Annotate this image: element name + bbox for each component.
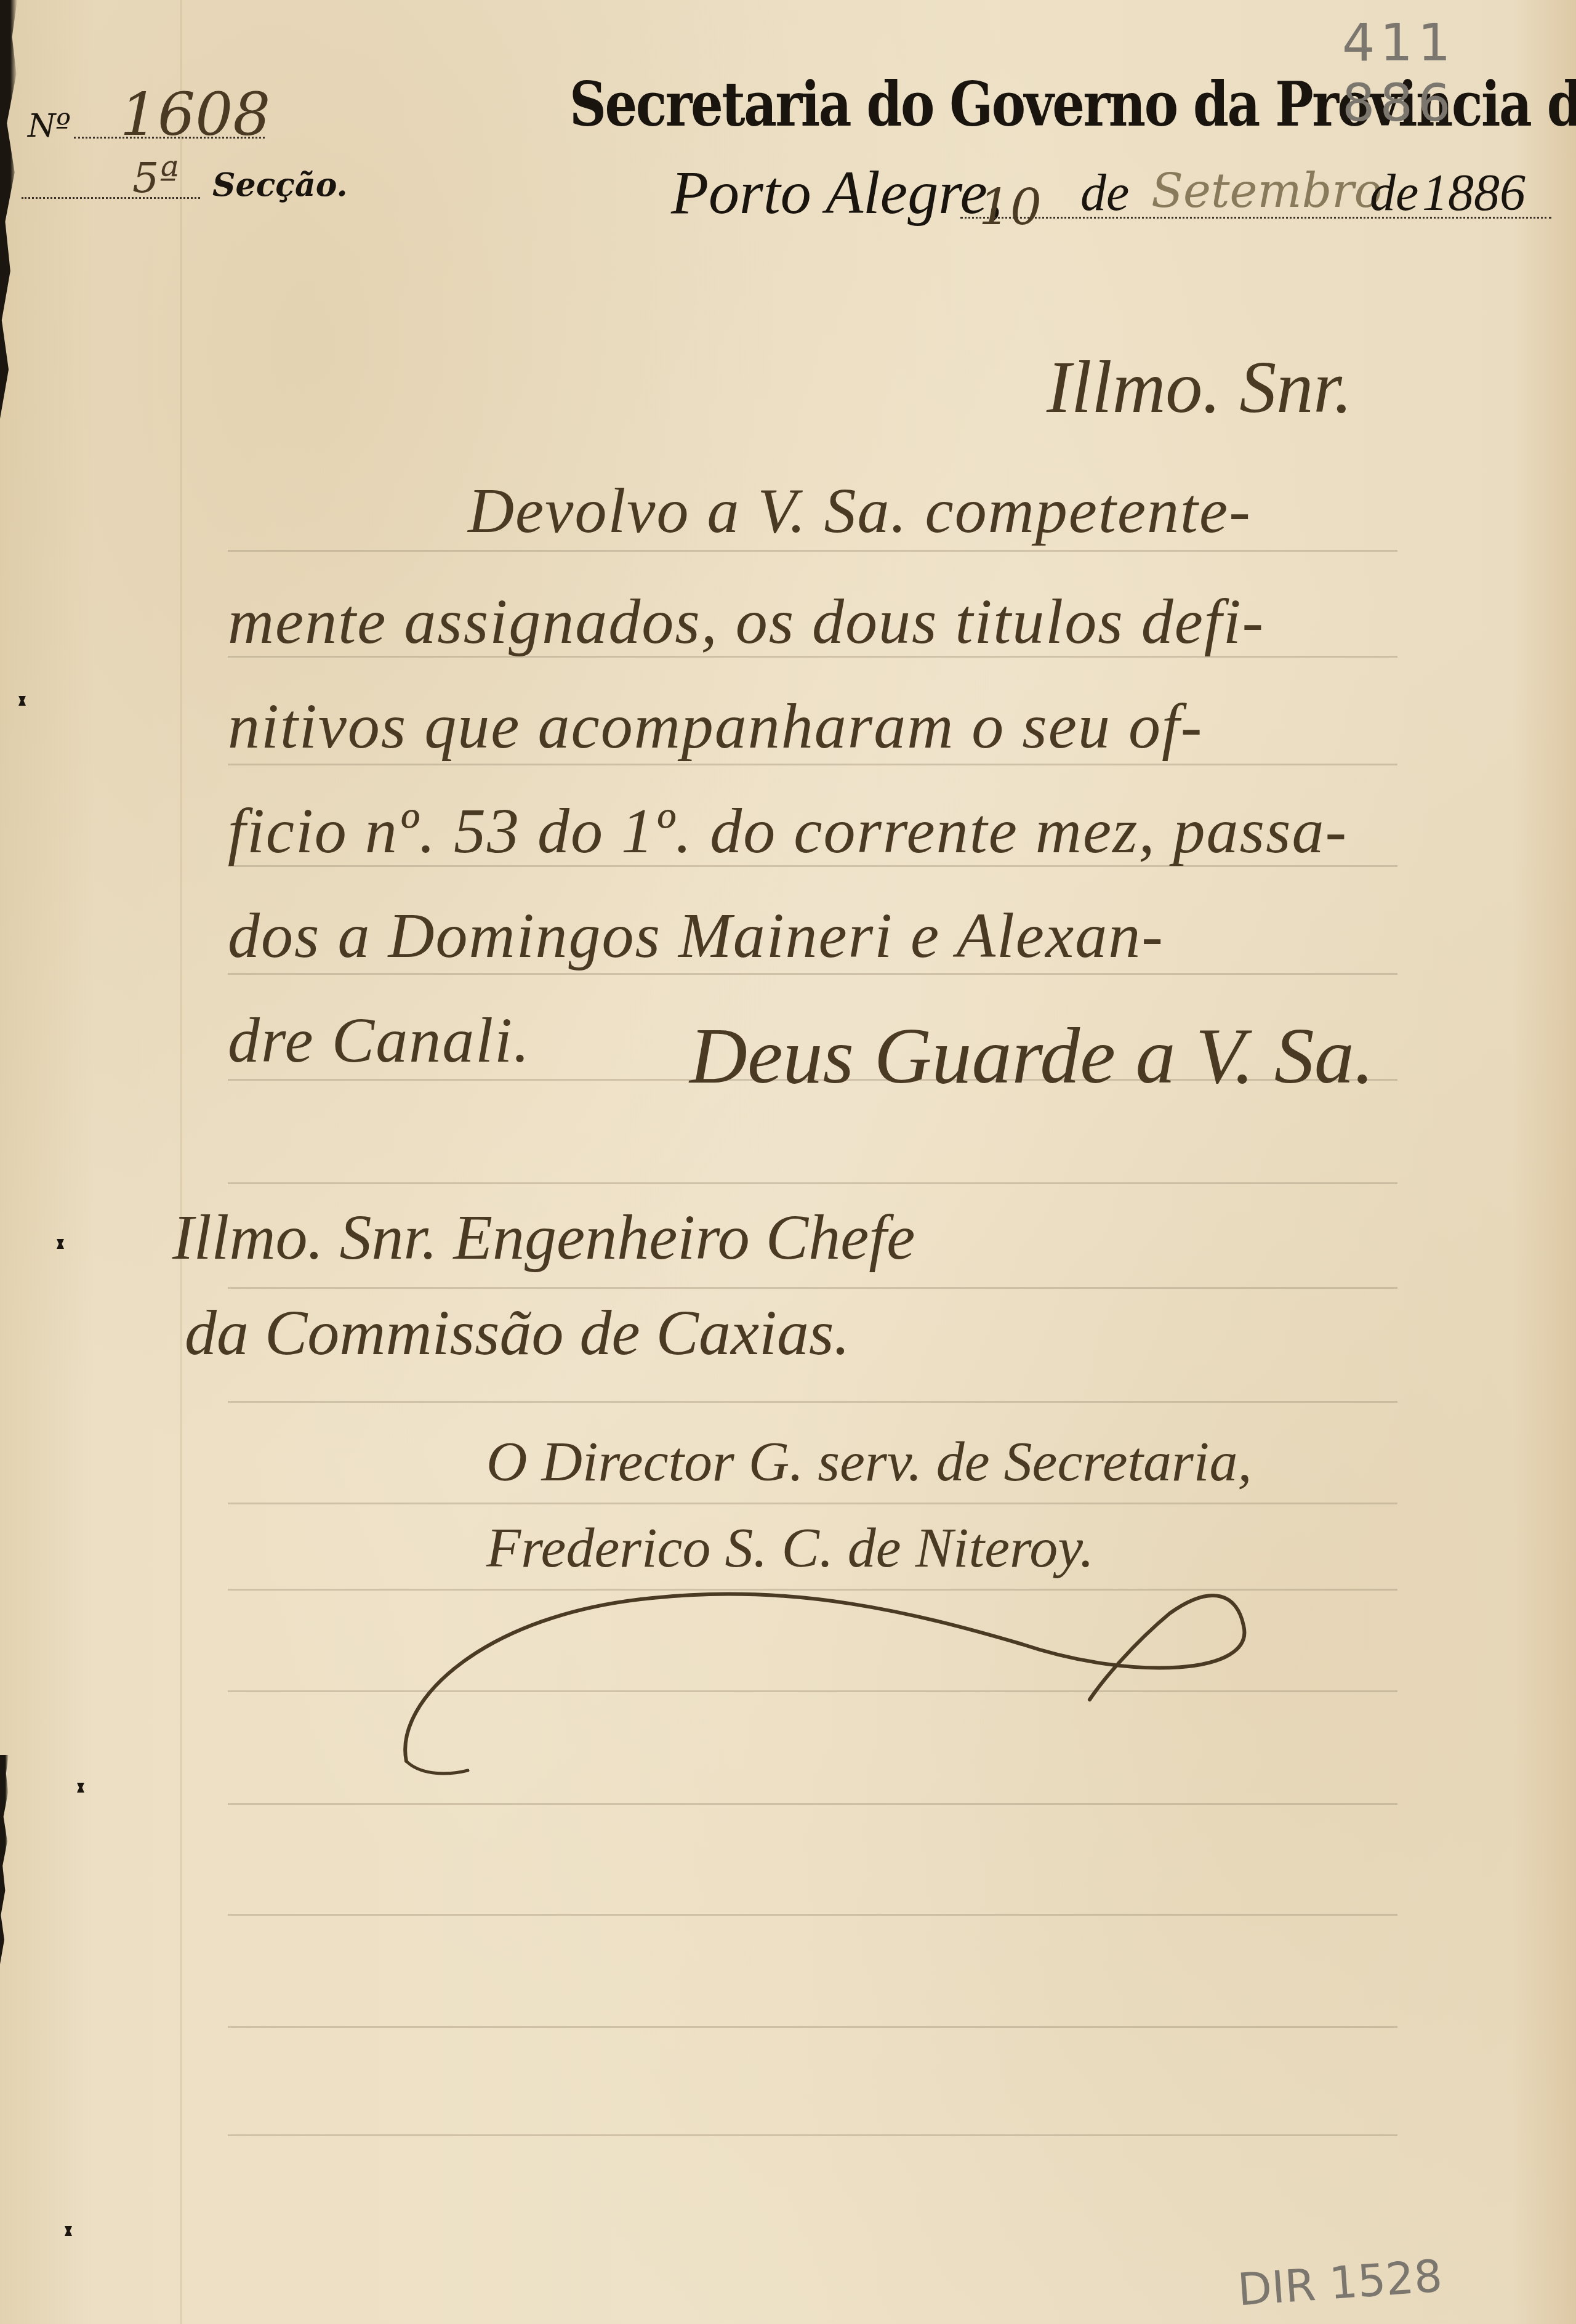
punch-hole: [77, 1783, 84, 1793]
archive-reference-top: 411 886: [1342, 12, 1576, 133]
section-label: Secção.: [212, 166, 348, 204]
salutation: Illmo. Snr.: [1047, 345, 1353, 430]
margin-fold: [180, 0, 182, 2324]
body-line: mente assignados, os dous titulos defi-: [228, 585, 1264, 658]
ruled-line: [228, 1914, 1397, 1916]
ruled-line: [228, 1182, 1397, 1184]
ruled-line: [228, 2134, 1397, 2136]
signature-flourish: [394, 1576, 1287, 1780]
letter-page: Nº 1608 5ª Secção. Secretaria do Governo…: [0, 0, 1576, 2324]
ruled-line: [228, 1803, 1397, 1805]
body-line: Devolvo a V. Sa. competente-: [468, 474, 1252, 547]
closing-formula: Deus Guarde a V. Sa.: [689, 1010, 1374, 1102]
ruled-line: [228, 550, 1397, 552]
body-line: dre Canali.: [228, 1004, 531, 1077]
body-line: ficio nº. 53 do 1º. do corrente mez, pas…: [228, 794, 1348, 868]
ruled-line: [228, 1401, 1397, 1403]
place-label: Porto Alegre,: [671, 157, 1003, 228]
punch-hole: [57, 1239, 64, 1249]
ruled-line: [228, 973, 1397, 975]
ruled-line: [228, 1287, 1397, 1289]
signature-line: O Director G. serv. de Secretaria,: [486, 1429, 1252, 1494]
section-number: 5ª: [132, 154, 179, 203]
ruled-line: [228, 1503, 1397, 1504]
torn-paper-edge-lower: [0, 1755, 9, 2063]
body-line: dos a Domingos Maineri e Alexan-: [228, 899, 1164, 972]
date-de-label: de: [1080, 163, 1129, 223]
number-label: Nº: [28, 108, 71, 145]
date-year: 1886: [1422, 163, 1526, 223]
archive-reference-bottom: DIR 1528: [1236, 2249, 1444, 2315]
punch-hole: [18, 696, 26, 706]
date-month: Setembro: [1151, 163, 1382, 218]
ruled-line: [228, 764, 1397, 765]
ruled-line: [228, 2026, 1397, 2028]
document-number: 1608: [120, 80, 270, 149]
addressee-line: Illmo. Snr. Engenheiro Chefe: [172, 1201, 915, 1274]
punch-hole: [65, 2226, 72, 2236]
torn-paper-edge: [0, 0, 17, 616]
addressee-line: da Commissão de Caxias.: [185, 1296, 850, 1370]
date-de-label-2: de: [1370, 163, 1418, 223]
date-day: 10: [979, 179, 1042, 236]
body-line: nitivos que acompanharam o seu of-: [228, 690, 1203, 763]
signature-line: Frederico S. C. de Niteroy.: [486, 1515, 1094, 1580]
